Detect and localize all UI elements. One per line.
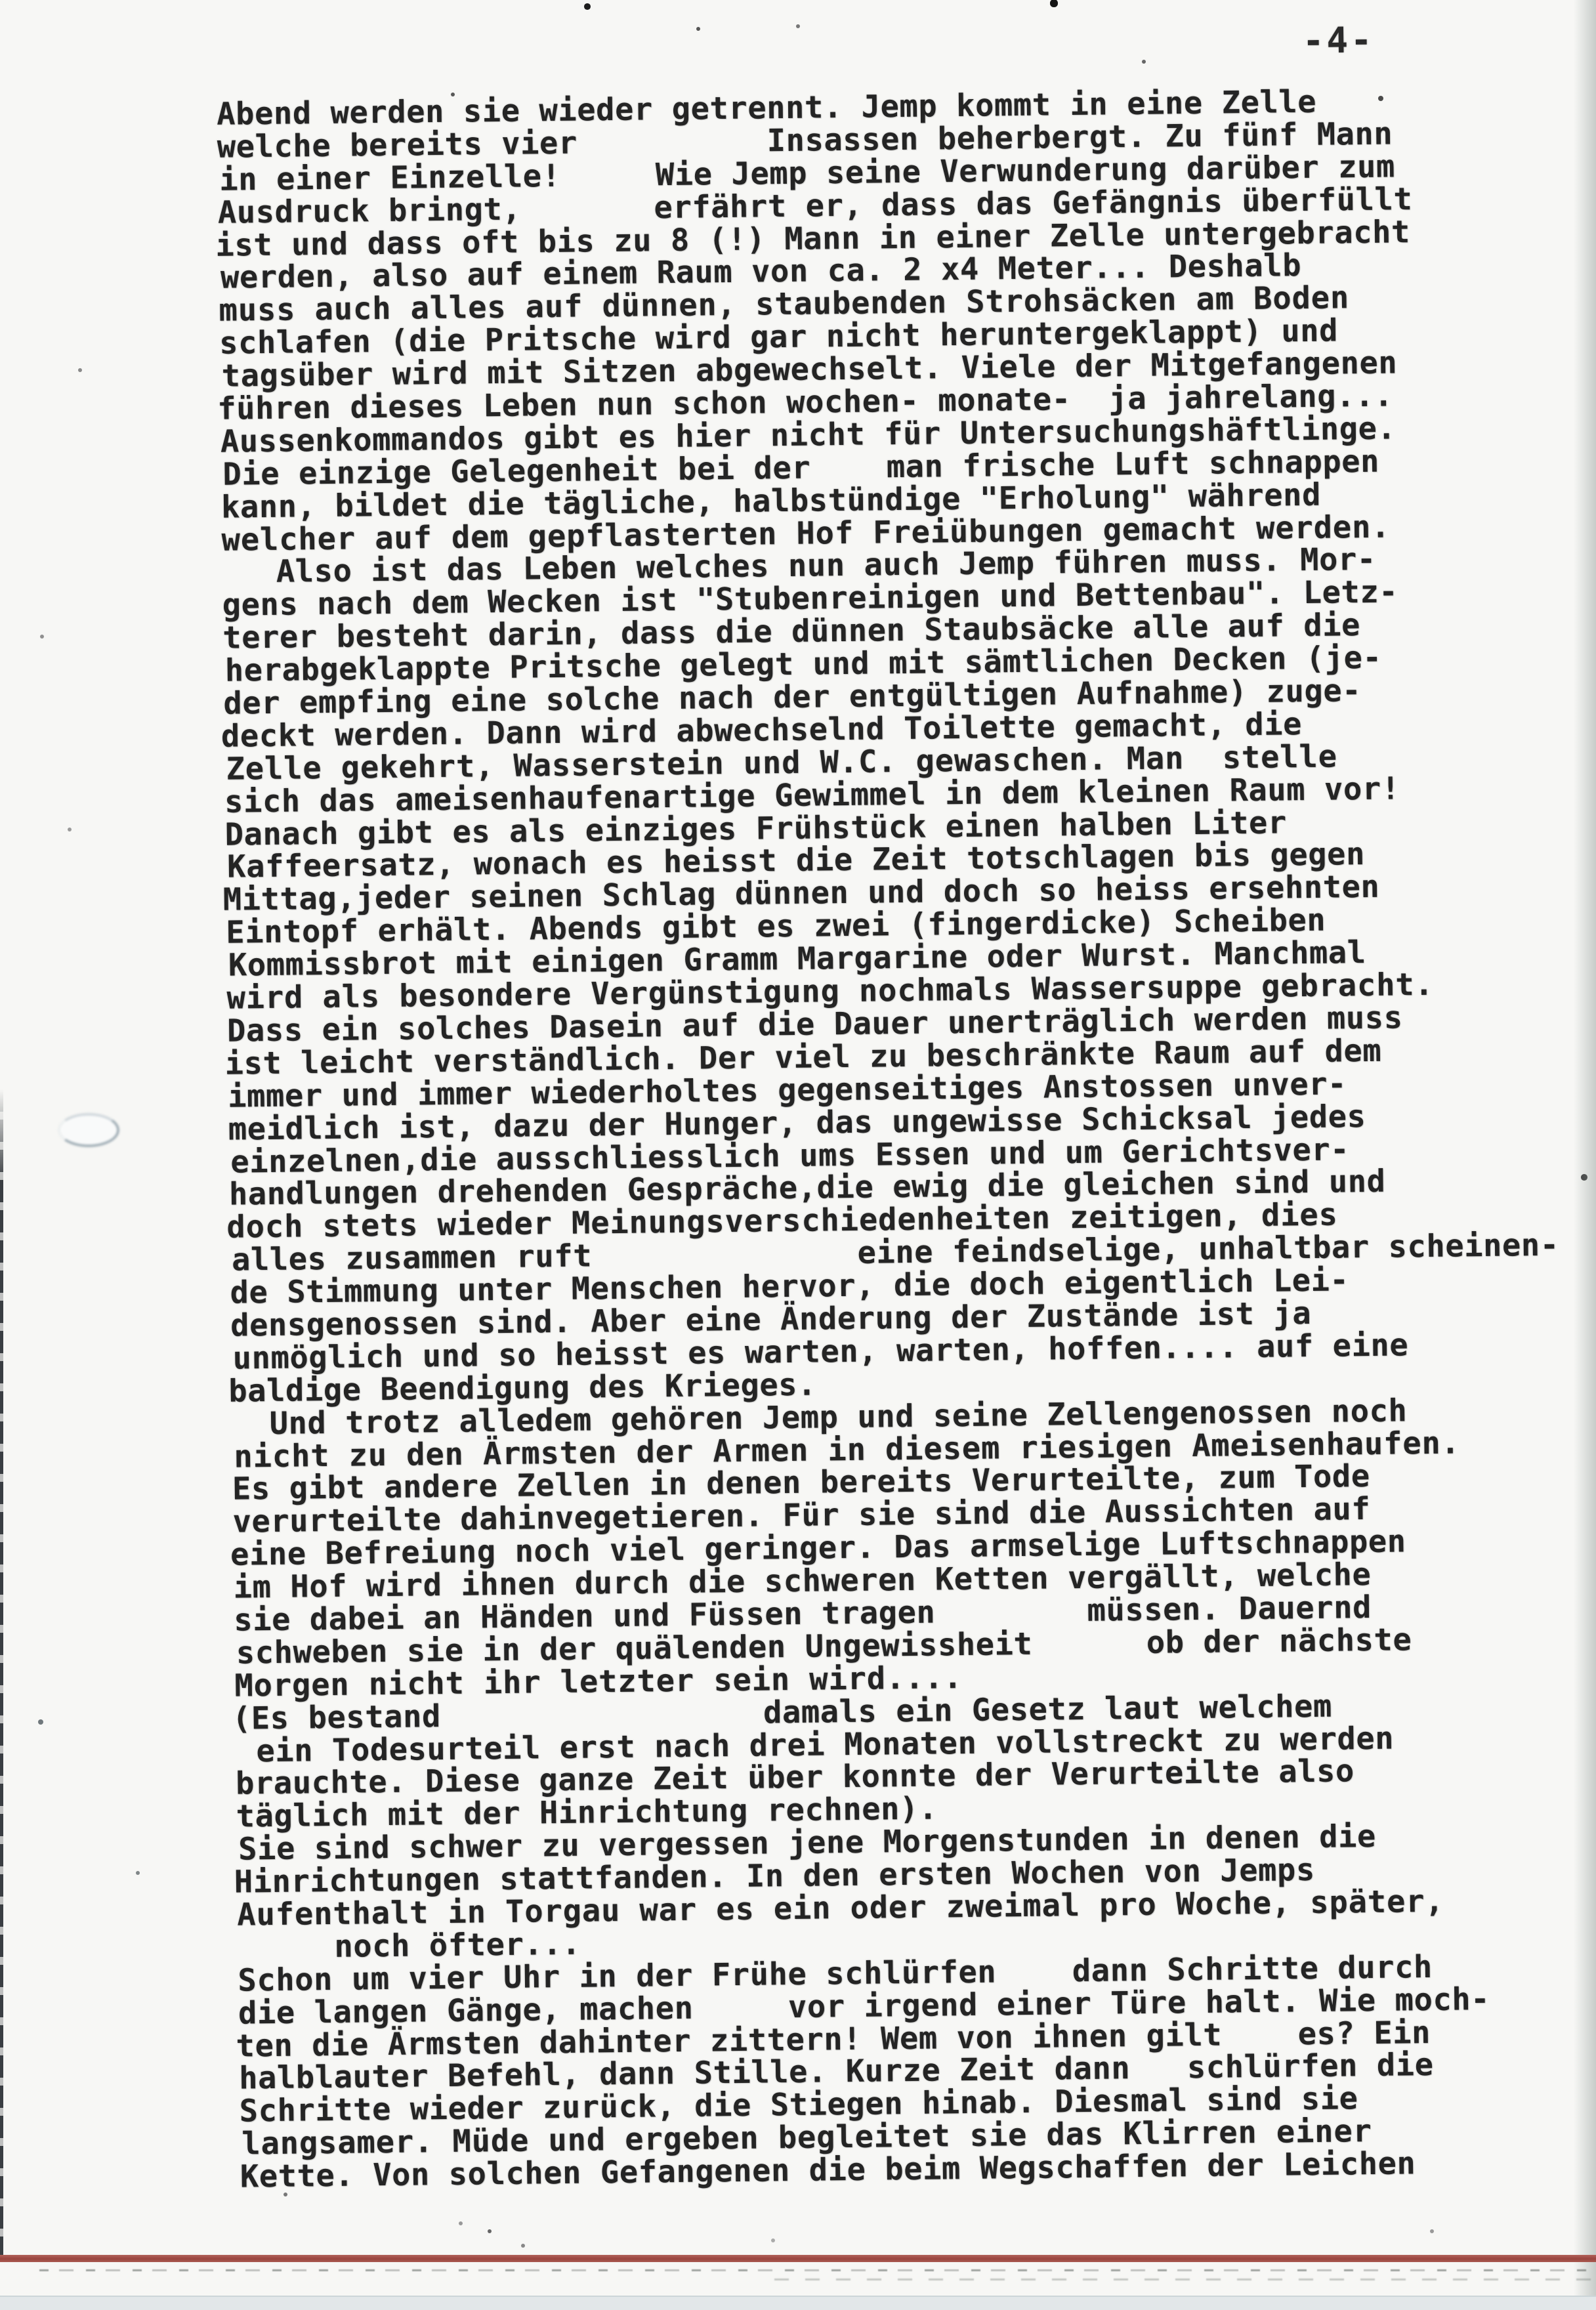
- typewritten-text-block: Abend werden sie wieder getrennt. Jemp k…: [217, 83, 1592, 2193]
- bottom-speckle-streak-2: [774, 2278, 1596, 2280]
- bottom-speckle-streak: [39, 2269, 1596, 2271]
- left-edge-scan-artifact: [0, 1089, 3, 2259]
- hole-punch-mark: [58, 1113, 119, 1147]
- page-number: -4-: [1303, 19, 1375, 62]
- scan-noise-specks: [0, 0, 3, 3]
- scanner-bed-band: [0, 2296, 1596, 2310]
- bottom-red-rule: [0, 2255, 1596, 2262]
- scanned-document-page: -4- Abend werden sie wieder getrennt. Je…: [0, 0, 1596, 2310]
